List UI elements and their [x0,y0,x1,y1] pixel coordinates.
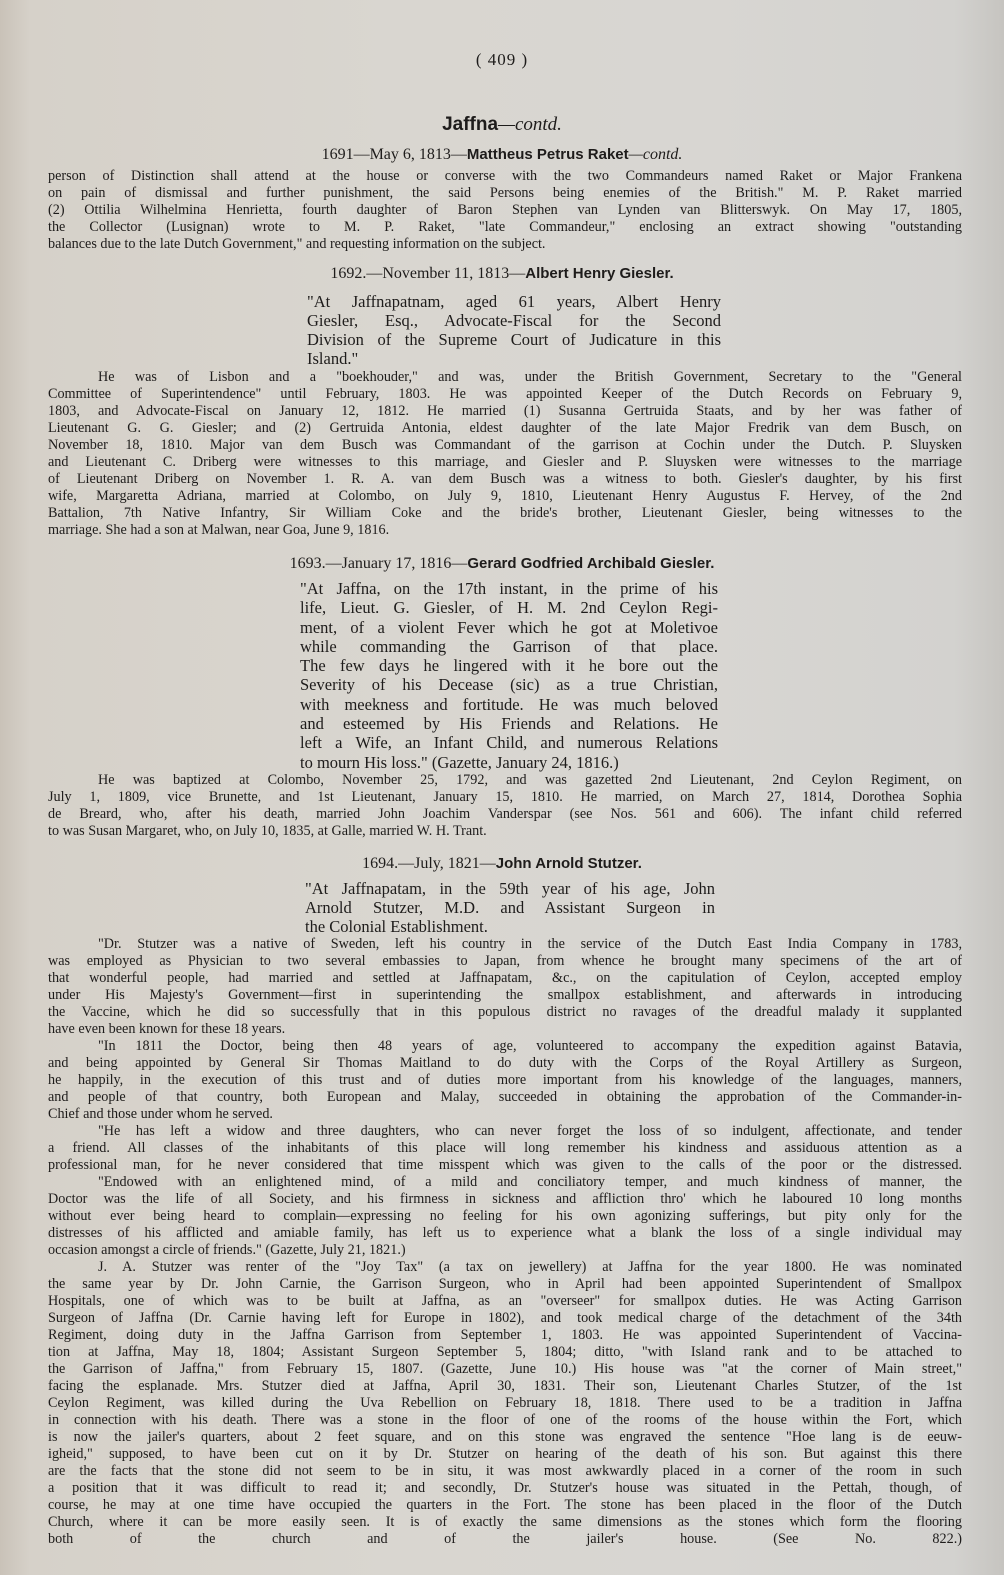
document-page: ( 409 ) Jaffna—contd. 1691—May 6, 1813—M… [0,0,1004,1575]
section-title-main: Jaffna [442,114,498,135]
section-title: Jaffna—contd. [0,114,1004,136]
obituary-quote-1692: "At Jaffnapatnam, aged 61 years, Albert … [307,292,721,368]
entry-body-1694: "Dr. Stutzer was a native of Sweden, lef… [48,936,962,1548]
obituary-quote-1694: "At Jaffnapatam, in the 59th year of his… [305,879,715,936]
entry-heading-1694: 1694.—July, 1821—John Arnold Stutzer. [0,855,1004,873]
entry-body-1691: person of Distinction shall attend at th… [48,168,962,253]
entry-heading-1691: 1691—May 6, 1813—Mattheus Petrus Raket—c… [0,146,1004,164]
entry-body-1692: He was of Lisbon and a "boekhouder," and… [48,369,962,539]
page-number: ( 409 ) [0,50,1004,70]
entry-body-1693: He was baptized at Colombo, November 25,… [48,772,962,840]
entry-heading-1693: 1693.—January 17, 1816—Gerard Godfried A… [0,555,1004,573]
entry-heading-1692: 1692.—November 11, 1813—Albert Henry Gie… [0,265,1004,283]
section-title-suffix: —contd. [498,114,562,135]
obituary-quote-1693: "At Jaffna, on the 17th instant, in the … [300,579,718,772]
